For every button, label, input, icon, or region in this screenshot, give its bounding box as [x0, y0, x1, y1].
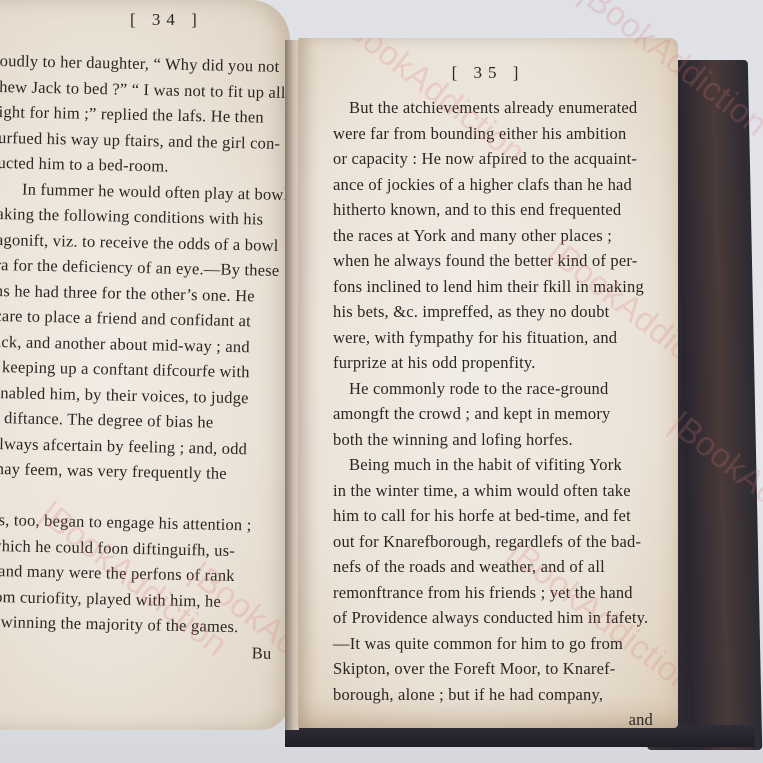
book-photo: [ 34 ] oudly to her daughter, “ Why did …	[0, 0, 763, 763]
left-page: [ 34 ] oudly to her daughter, “ Why did …	[0, 0, 290, 730]
text-line: out for Knarefborough, regardlefs of the…	[333, 529, 663, 555]
right-page-number: [ 35 ]	[298, 63, 678, 83]
text-line: of Providence always conducted him in fa…	[333, 605, 663, 631]
text-line: fons inclined to lend him their fkill in…	[333, 274, 663, 300]
text-line: amongft the crowd ; and kept in memory	[333, 401, 663, 427]
text-line: Skipton, over the Foreft Moor, to Knaref…	[333, 656, 663, 682]
book-gutter	[285, 40, 299, 730]
text-line: furprize at his odd propenfity.	[333, 350, 663, 376]
text-line: hitherto known, and to this end frequent…	[333, 197, 663, 223]
right-page-text: But the atchievements already enumerated…	[333, 95, 663, 728]
left-page-text: oudly to her daughter, “ Why did you not…	[0, 48, 290, 667]
right-page: [ 35 ] But the atchievements already enu…	[298, 38, 678, 728]
text-line: remonftrance from his friends ; yet the …	[333, 580, 663, 606]
text-line: his bets, &c. impreffed, as they no doub…	[333, 299, 663, 325]
text-line: him to call for his horfe at bed-time, a…	[333, 503, 663, 529]
text-line: when he always found the better kind of …	[333, 248, 663, 274]
text-line: both the winning and lofing horfes.	[333, 427, 663, 453]
book-cover-bottom	[285, 725, 755, 747]
text-line: in the winter time, a whim would often t…	[333, 478, 663, 504]
text-line: or capacity : He now afpired to the acqu…	[333, 146, 663, 172]
text-line: He commonly rode to the race-ground	[333, 376, 663, 402]
text-line: nefs of the roads and weather, and of al…	[333, 554, 663, 580]
text-line: were, with fympathy for his fituation, a…	[333, 325, 663, 351]
catchword: Bu	[0, 634, 290, 666]
text-line: were far from bounding either his ambiti…	[333, 121, 663, 147]
text-line: borough, alone ; but if he had company,	[333, 682, 663, 708]
text-line: —It was quite common for him to go from	[333, 631, 663, 657]
catchword: and	[333, 707, 663, 728]
left-page-number: [ 34 ]	[130, 10, 203, 30]
text-line: But the atchievements already enumerated	[333, 95, 663, 121]
text-line: Being much in the habit of vifiting York	[333, 452, 663, 478]
text-line: the races at York and many other places …	[333, 223, 663, 249]
text-line: ance of jockies of a higher clafs than h…	[333, 172, 663, 198]
